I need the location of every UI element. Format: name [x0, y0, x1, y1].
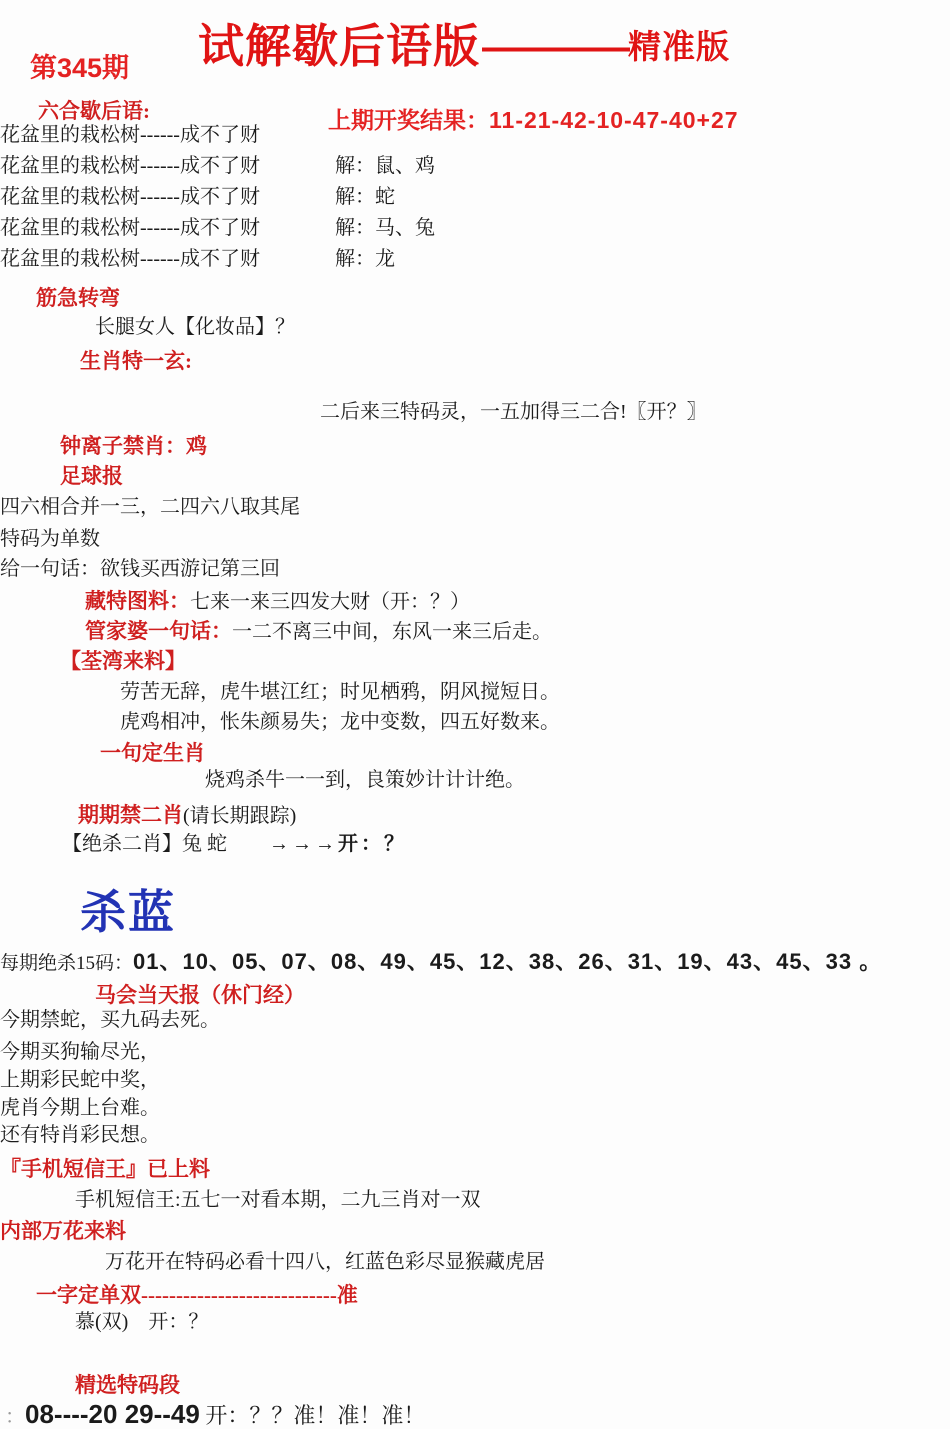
wanhua-heading: 内部万花来料 — [0, 1218, 126, 1244]
xiehouyu-row: 花盆里的栽松树------成不了财解：蛇 — [0, 182, 435, 213]
jingxuan-numbers: 08----20 29--49 — [25, 1399, 200, 1429]
qiqi-note: (请长期跟踪) — [183, 805, 296, 827]
sms-heading: 『手机短信王』已上料 — [0, 1156, 210, 1182]
riddle-text: 花盆里的栽松树------成不了财 — [0, 185, 335, 210]
kill-blue-label: 每期绝杀15码： — [0, 953, 133, 974]
cangte-label: 藏特图料： — [85, 589, 190, 613]
cangte-text: 七来一来三四发大财（开：？） — [190, 591, 470, 613]
riddle-text: 花盆里的栽松树------成不了财 — [0, 123, 335, 148]
yiju-heading: 一句定生肖 — [100, 740, 205, 766]
guanjiapo-line: 管家婆一句话：一二不离三中间，东风一来三后走。 — [85, 618, 552, 645]
issue-number: 第345期 — [30, 52, 129, 86]
xiehouyu-row: 花盆里的栽松树------成不了财 — [0, 120, 435, 151]
page-title-main: 试解歇后语版 — [198, 18, 480, 76]
shengxiao-line: 二后来三特码灵，一五加得三二合!〖开？〗 — [320, 400, 707, 425]
riddle-answer: 解：蛇 — [335, 185, 395, 210]
jingxuan-result-text: 开：？？准！准！准！ — [205, 1403, 425, 1428]
football-line-3: 给一句话：欲钱买西游记第三回 — [0, 557, 280, 582]
quanwan-line-2: 虎鸡相冲，怅朱颜易失；龙中变数，四五好数来。 — [120, 710, 560, 735]
quanwan-heading: 【荃湾来料】 — [60, 648, 186, 674]
guanjiapo-text: 一二不离三中间，东风一来三后走。 — [232, 621, 552, 643]
sms-line: 手机短信王:五七一对看本期，二九三肖对一双 — [75, 1188, 481, 1213]
juesha-arrows: →→→开：？ — [269, 833, 407, 855]
cangte-line: 藏特图料：七来一来三四发大财（开：？） — [85, 588, 470, 615]
title-dash: ———— — [482, 22, 626, 72]
shengxiao-heading: 生肖特一玄: — [80, 348, 192, 374]
brain-teaser-question: 长腿女人【化妆品】？ — [95, 315, 295, 340]
juesha-line: 【绝杀二肖】兔 蛇→→→开：？ — [62, 832, 407, 857]
xiehouyu-row: 花盆里的栽松树------成不了财解：马、兔 — [0, 213, 435, 244]
wanhua-line: 万花开在特码必看十四八，红蓝色彩尽显猴藏虎居 — [105, 1250, 545, 1275]
riddle-answer: 解：龙 — [335, 247, 395, 272]
riddle-text: 花盆里的栽松树------成不了财 — [0, 247, 335, 272]
yizi-heading: 一字定单双----------------------------准 — [36, 1282, 358, 1308]
riddle-text: 花盆里的栽松树------成不了财 — [0, 154, 335, 179]
riddle-answer: 解：马、兔 — [335, 216, 435, 241]
football-line-2: 特码为单数 — [0, 527, 100, 552]
mahui-heading: 马会当天报（休门经） — [95, 982, 305, 1008]
mahui-line-2: 今期买狗输尽光， — [0, 1040, 160, 1065]
mahui-line-1: 今期禁蛇，买九码去死。 — [0, 1008, 220, 1033]
yiju-line: 烧鸡杀牛一一到，良策妙计计计绝。 — [205, 768, 525, 793]
qiqi-line: 期期禁二肖(请长期跟踪) — [78, 802, 296, 829]
jingxuan-prefix: ： — [5, 1406, 25, 1428]
page-title-suffix: 精准版 — [628, 26, 730, 67]
page-title: 试解歇后语版————精准版 — [198, 18, 730, 76]
football-line-1: 四六相合并一三，二四六八取其尾 — [0, 495, 300, 520]
riddle-answer: 解：鼠、鸡 — [335, 154, 435, 179]
xiehouyu-row: 花盆里的栽松树------成不了财解：鼠、鸡 — [0, 151, 435, 182]
mahui-line-5: 还有特肖彩民想。 — [0, 1123, 160, 1148]
xiehouyu-row: 花盆里的栽松树------成不了财解：龙 — [0, 244, 435, 275]
juesha-label: 【绝杀二肖】兔 蛇 — [62, 833, 227, 855]
riddle-text: 花盆里的栽松树------成不了财 — [0, 216, 335, 241]
tip-sheet-page: 第345期 试解歇后语版————精准版 六合歇后语: 上期开奖结果：11-21-… — [0, 0, 950, 1429]
mahui-line-3: 上期彩民蛇中奖， — [0, 1068, 160, 1093]
guanjiapo-label: 管家婆一句话： — [85, 619, 232, 643]
jingxuan-heading: 精选特码段 — [75, 1372, 180, 1398]
result-numbers: 11-21-42-10-47-40+27 — [489, 107, 739, 133]
mahui-line-4: 虎肖今期上台难。 — [0, 1096, 160, 1121]
kill-blue-title: 杀蓝 — [80, 884, 176, 942]
yizi-line: 慕(双) 开：？ — [75, 1310, 208, 1335]
quanwan-line-1: 劳苦无辞，虎牛堪江红；时见栖鸦，阴风搅短日。 — [120, 680, 560, 705]
xiehouyu-rows: 花盆里的栽松树------成不了财 花盆里的栽松树------成不了财解：鼠、鸡… — [0, 120, 435, 275]
zhongli-forbidden-zodiac: 钟离子禁肖：鸡 — [60, 433, 207, 459]
kill-blue-numbers-line: 每期绝杀15码：01、10、05、07、08、49、45、12、38、26、31… — [0, 948, 882, 976]
football-heading: 足球报 — [60, 463, 123, 489]
brain-teaser-heading: 筋急转弯 — [36, 285, 120, 311]
kill-blue-numbers: 01、10、05、07、08、49、45、12、38、26、31、19、43、4… — [133, 949, 882, 974]
jingxuan-line: ：08----20 29--49 开：？？准！准！准！ — [5, 1398, 425, 1429]
qiqi-label: 期期禁二肖 — [78, 803, 183, 827]
